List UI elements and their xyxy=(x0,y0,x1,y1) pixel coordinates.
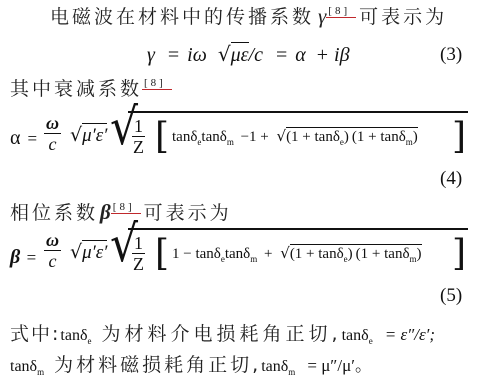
attenuation-text: 其中衰减系数 xyxy=(10,78,142,100)
equation-number-5: (5) xyxy=(440,285,462,307)
sqrt-icon: √ xyxy=(70,241,82,263)
eq5-mu-eps: μ′ε′ xyxy=(82,240,107,263)
eq3-lhs: γ xyxy=(147,44,155,66)
sqrt-icon: √ xyxy=(277,127,287,145)
intro-text-after: 可表示为 xyxy=(359,6,447,28)
gamma-symbol: γ xyxy=(318,4,326,28)
intro-text: 电磁波在材料中的传播系数 xyxy=(50,6,314,28)
sqrt-icon: √ xyxy=(280,244,290,262)
eq3-plus: + xyxy=(317,44,328,66)
equation-3: γ =iω √με/c =α +iβ xyxy=(147,42,350,67)
sqrt-icon: √ xyxy=(70,124,82,146)
phase-text: 相位系数 xyxy=(10,202,98,224)
one-over-z: 1Z xyxy=(132,233,145,274)
intro-propagation-line: 电磁波在材料中的传播系数γ[8]可表示为 xyxy=(50,2,447,29)
equation-number-4: (4) xyxy=(440,168,462,190)
right-bracket: ] xyxy=(452,119,466,155)
eq3-iomega: iω xyxy=(187,44,207,66)
eq4-alpha: α xyxy=(10,127,20,149)
sqrt-icon: √ xyxy=(218,42,231,66)
eq3-equals: = xyxy=(168,44,179,66)
eq5-bracket-content: 1 − tanδetanδm + √(1 + tanδe)(1 + tanδm) xyxy=(172,244,422,263)
left-bracket: [ xyxy=(155,119,169,155)
eq4-bracket-content: tanδetanδm −1 + √(1 + tanδe)(1 + tanδm) xyxy=(172,127,418,146)
one-over-z: 1Z xyxy=(132,116,145,157)
right-bracket: ] xyxy=(452,236,466,272)
eq3-ibeta: iβ xyxy=(334,44,350,66)
equation-number-3: (3) xyxy=(440,44,462,66)
attenuation-intro-line: 其中衰减系数[8] xyxy=(10,74,175,101)
omega-over-c: ωc xyxy=(44,230,61,271)
eq3-alpha: α xyxy=(295,44,306,66)
eq3-equals-2: = xyxy=(276,44,287,66)
definition-line-magnetic: tanδm 为材料磁损耗角正切,tanδm = μ″/μ′。 xyxy=(10,350,372,377)
citation-ref[interactable]: [8] xyxy=(326,6,356,18)
eq5-beta: β xyxy=(10,246,20,268)
omega-over-c: ωc xyxy=(44,113,61,154)
eq3-sqrt-content: με xyxy=(231,42,249,66)
definition-line-dielectric: 式中:tanδe 为材料介电损耗角正切,tanδe = ε″/ε′; xyxy=(10,319,435,346)
citation-ref[interactable]: [8] xyxy=(111,202,141,214)
phase-text-after: 可表示为 xyxy=(144,202,232,224)
eq5-equals: = xyxy=(27,248,37,267)
citation-ref[interactable]: [8] xyxy=(142,78,172,90)
left-bracket: [ xyxy=(155,236,169,272)
eq4-mu-eps: μ′ε′ xyxy=(82,123,107,146)
eq3-div-c: /c xyxy=(249,44,263,66)
eq4-equals: = xyxy=(27,129,37,148)
